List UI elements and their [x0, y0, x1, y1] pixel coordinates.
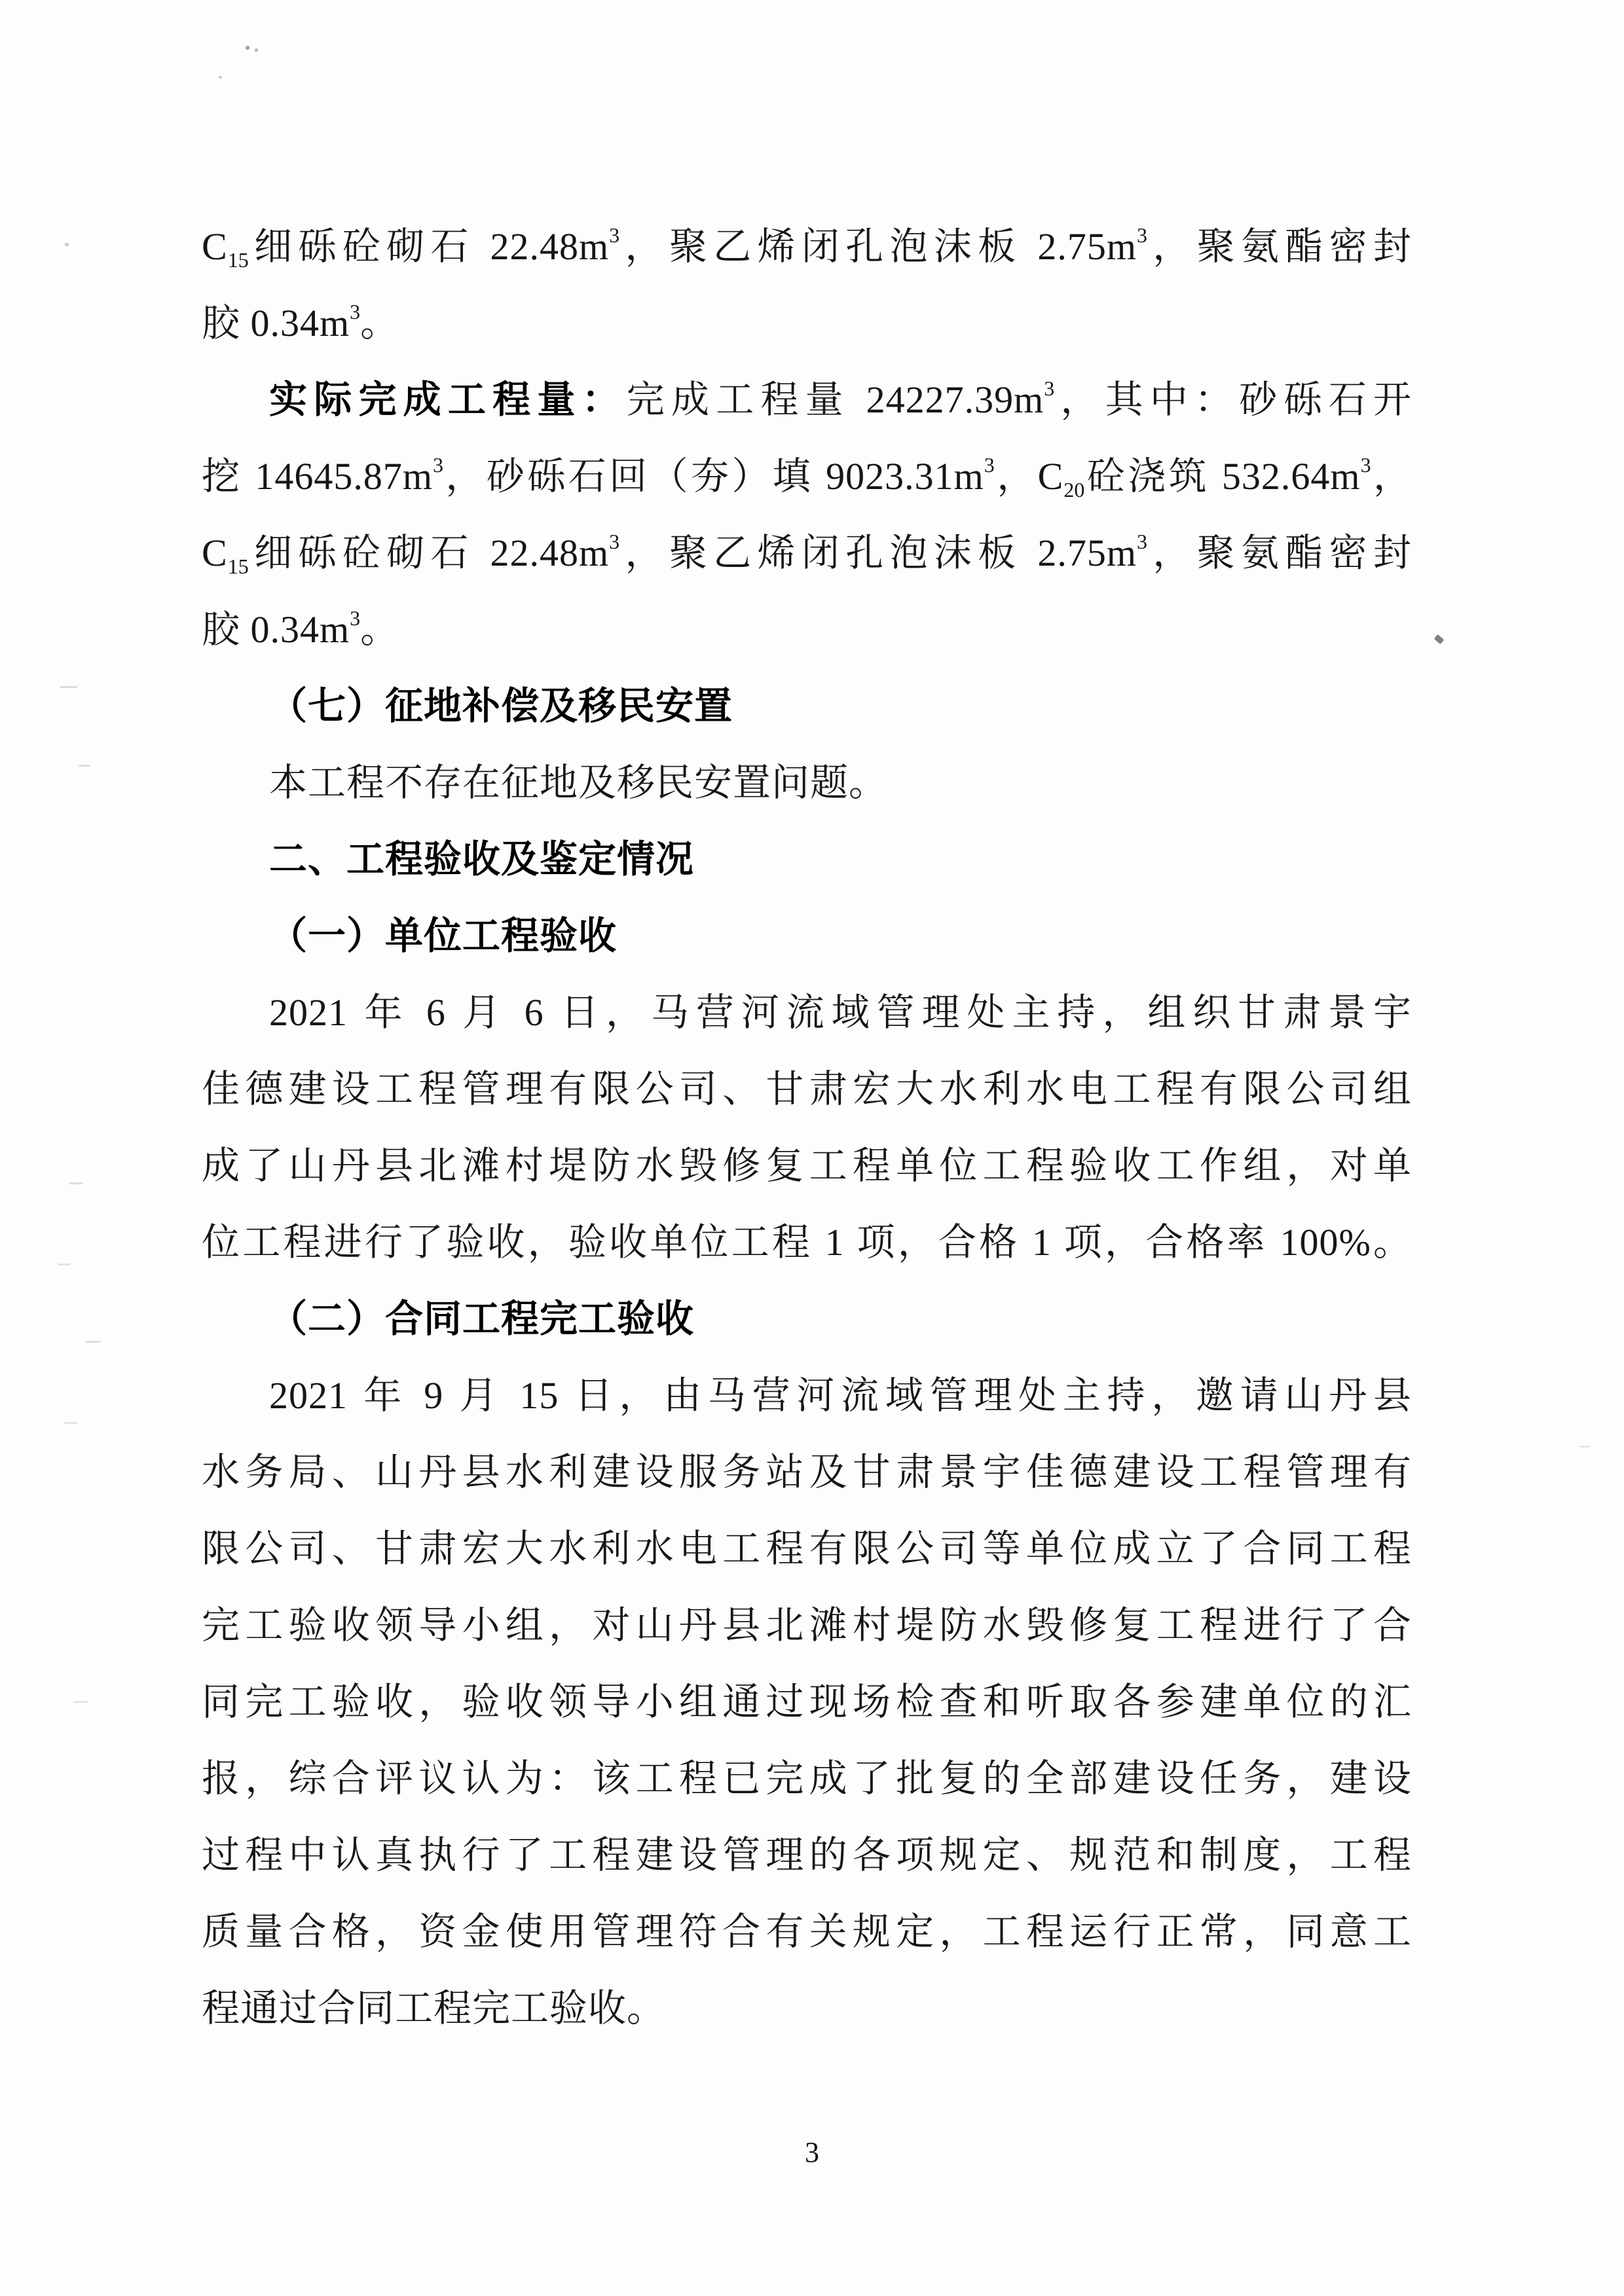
text-run: 实际完成工程量： — [269, 378, 627, 421]
scan-speck — [64, 1422, 77, 1424]
text-run: 2021 年 9 月 15 日，由马营河流域管理处主持，邀请山丹县 — [269, 1374, 1412, 1417]
text-run: 过程中认真执行了工程建设管理的各项规定、规范和制度，工程 — [202, 1834, 1412, 1876]
section-heading: （七）征地补偿及移民安置 — [202, 668, 1412, 744]
scan-speck — [85, 1341, 101, 1343]
text-run: 挖 14645.87m — [202, 455, 433, 498]
text-run: （一）单位工程验收 — [269, 915, 617, 957]
text-run: 二、工程验收及鉴定情况 — [269, 838, 694, 881]
scan-speck — [58, 1264, 71, 1266]
text-run: 水务局、山丹县水利建设服务站及甘肃景宇佳德建设工程管理有 — [202, 1451, 1412, 1493]
text-line: 成了山丹县北滩村堤防水毁修复工程单位工程验收工作组，对单 — [202, 1127, 1412, 1204]
text-line: 佳德建设工程管理有限公司、甘肃宏大水利水电工程有限公司组 — [202, 1051, 1412, 1127]
text-run: 完工验收领导小组，对山丹县北滩村堤防水毁修复工程进行了合 — [202, 1604, 1412, 1647]
text-run: 质量合格，资金使用管理符合有关规定，工程运行正常，同意工 — [202, 1910, 1412, 1953]
text-line: 水务局、山丹县水利建设服务站及甘肃景宇佳德建设工程管理有 — [202, 1434, 1412, 1510]
text-run: 佳德建设工程管理有限公司、甘肃宏大水利水电工程有限公司组 — [202, 1068, 1412, 1110]
text-line: 质量合格，资金使用管理符合有关规定，工程运行正常，同意工 — [202, 1893, 1412, 1970]
text-run: 程通过合同工程完工验收。 — [202, 1987, 665, 2030]
scan-speck — [255, 48, 258, 52]
scan-speck — [69, 1182, 83, 1184]
text-run: ，聚氨酯密封 — [1147, 532, 1412, 574]
text-run: C — [202, 225, 228, 268]
text-run: 成了山丹县北滩村堤防水毁修复工程单位工程验收工作组，对单 — [202, 1144, 1412, 1187]
text-run: C — [202, 532, 228, 574]
text-line: 2021 年 6 月 6 日，马营河流域管理处主持，组织甘肃景宇 — [202, 974, 1412, 1051]
scan-speck — [246, 46, 249, 50]
text-run: 本工程不存在征地及移民安置问题。 — [269, 761, 887, 804]
text-run: 砼浇筑 532.64m — [1084, 455, 1360, 498]
text-run: 。 — [360, 302, 399, 344]
text-run: 完成工程量 24227.39m — [627, 378, 1044, 421]
text-line: C15细砾砼砌石 22.48m3，聚乙烯闭孔泡沫板 2.75m3，聚氨酯密封 — [202, 208, 1412, 285]
text-run: 同完工验收，验收领导小组通过现场检查和听取各参建单位的汇 — [202, 1681, 1412, 1723]
text-line: 胶 0.34m3。 — [202, 591, 1412, 668]
scan-speck — [73, 1701, 88, 1703]
section-heading: （二）合同工程完工验收 — [202, 1281, 1412, 1357]
text-line: 限公司、甘肃宏大水利水电工程有限公司等单位成立了合同工程 — [202, 1510, 1412, 1587]
text-run: ，C — [995, 455, 1064, 498]
text-line: 本工程不存在征地及移民安置问题。 — [202, 744, 1412, 821]
scan-speck — [1579, 1446, 1590, 1448]
text-line: 过程中认真执行了工程建设管理的各项规定、规范和制度，工程 — [202, 1817, 1412, 1893]
text-line: 胶 0.34m3。 — [202, 285, 1412, 361]
text-line: 程通过合同工程完工验收。 — [202, 1970, 1412, 2047]
text-line: 同完工验收，验收领导小组通过现场检查和听取各参建单位的汇 — [202, 1664, 1412, 1740]
text-run: ，聚乙烯闭孔泡沫板 2.75m — [619, 225, 1137, 268]
text-run: 胶 0.34m — [202, 608, 350, 651]
text-run: ， — [1371, 455, 1412, 498]
text-run: ，其中：砂砾石开 — [1054, 378, 1412, 421]
section-heading: 二、工程验收及鉴定情况 — [202, 821, 1412, 898]
text-run: （二）合同工程完工验收 — [269, 1298, 694, 1340]
text-run: ，聚氨酯密封 — [1147, 225, 1412, 268]
text-run: 报，综合评议认为：该工程已完成了批复的全部建设任务，建设 — [202, 1757, 1412, 1800]
text-line: 完工验收领导小组，对山丹县北滩村堤防水毁修复工程进行了合 — [202, 1587, 1412, 1664]
text-run: 细砾砼砌石 22.48m — [249, 225, 609, 268]
text-line: 实际完成工程量：完成工程量 24227.39m3，其中：砂砾石开 — [202, 361, 1412, 438]
scan-speck — [79, 765, 90, 767]
document-body: C15细砾砼砌石 22.48m3，聚乙烯闭孔泡沫板 2.75m3，聚氨酯密封胶 … — [202, 208, 1412, 2047]
document-page: C15细砾砼砌石 22.48m3，聚乙烯闭孔泡沫板 2.75m3，聚氨酯密封胶 … — [0, 0, 1624, 2296]
scan-speck — [60, 686, 77, 688]
text-run: 限公司、甘肃宏大水利水电工程有限公司等单位成立了合同工程 — [202, 1527, 1412, 1570]
text-line: 报，综合评议认为：该工程已完成了批复的全部建设任务，建设 — [202, 1740, 1412, 1817]
text-line: 2021 年 9 月 15 日，由马营河流域管理处主持，邀请山丹县 — [202, 1357, 1412, 1434]
scan-speck — [1434, 634, 1445, 644]
text-run: 位工程进行了验收，验收单位工程 1 项，合格 1 项，合格率 100%。 — [202, 1221, 1412, 1264]
text-run: 2021 年 6 月 6 日，马营河流域管理处主持，组织甘肃景宇 — [269, 991, 1412, 1034]
text-run: 。 — [360, 608, 399, 651]
section-heading: （一）单位工程验收 — [202, 898, 1412, 974]
text-run: ，砂砾石回（夯）填 9023.31m — [443, 455, 984, 498]
text-line: C15细砾砼砌石 22.48m3，聚乙烯闭孔泡沫板 2.75m3，聚氨酯密封 — [202, 515, 1412, 591]
text-run: 胶 0.34m — [202, 302, 350, 344]
scan-speck — [219, 76, 222, 79]
text-run: 细砾砼砌石 22.48m — [249, 532, 609, 574]
text-run: （七）征地补偿及移民安置 — [269, 685, 733, 727]
text-run: ，聚乙烯闭孔泡沫板 2.75m — [619, 532, 1137, 574]
page-number: 3 — [0, 2138, 1624, 2167]
text-line: 挖 14645.87m3，砂砾石回（夯）填 9023.31m3，C20砼浇筑 5… — [202, 438, 1412, 515]
text-line: 位工程进行了验收，验收单位工程 1 项，合格 1 项，合格率 100%。 — [202, 1204, 1412, 1281]
scan-speck — [65, 243, 69, 246]
